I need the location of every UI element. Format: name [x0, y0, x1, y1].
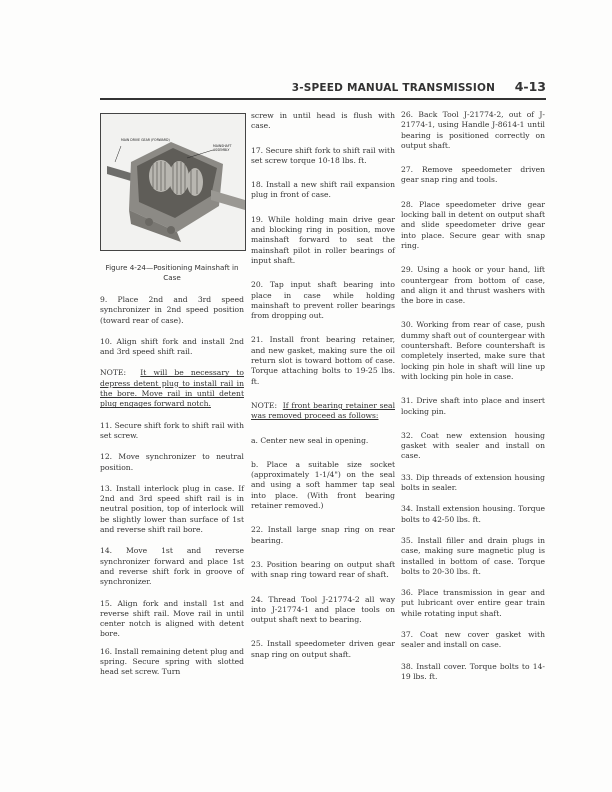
step-25: 25. Install speedometer driven gear snap… — [251, 639, 395, 660]
step-17: 17. Secure shift fork to shift rail with… — [251, 146, 395, 167]
step-32: 32. Coat new extension housing gasket wi… — [401, 431, 545, 462]
figure-transmission-photo: MAIN DRIVE GEAR (FORWARD) MAINSHAFT ASSE… — [100, 113, 246, 251]
section-title: 3-SPEED MANUAL TRANSMISSION — [292, 82, 495, 94]
callout-main-drive-gear: MAIN DRIVE GEAR (FORWARD) — [121, 138, 170, 142]
step-30: 30. Working from rear of case, push dumm… — [401, 320, 545, 382]
step-24: 24. Thread Tool J-21774-2 all way into J… — [251, 595, 395, 626]
step-19: 19. While holding main drive gear and bl… — [251, 215, 395, 266]
step-16: 16. Install remaining detent plug and sp… — [100, 647, 244, 678]
note-label: NOTE: — [251, 401, 277, 410]
step-9: 9. Place 2nd and 3rd speed synchronizer … — [100, 295, 244, 326]
column-3: 26. Back Tool J-21774-2, out of J-21774-… — [401, 110, 545, 693]
step-31: 31. Drive shaft into place and insert lo… — [401, 396, 545, 417]
step-13: 13. Install interlock plug in case. If 2… — [100, 484, 244, 535]
step-26: 26. Back Tool J-21774-2, out of J-21774-… — [401, 110, 545, 151]
step-15: 15. Align fork and install 1st and rever… — [100, 599, 244, 640]
substep-b: b. Place a suitable size socket (approxi… — [251, 460, 395, 511]
step-34: 34. Install extension housing. Torque bo… — [401, 504, 545, 525]
step-29: 29. Using a hook or your hand, lift coun… — [401, 265, 545, 306]
manual-page: 3-SPEED MANUAL TRANSMISSION 4-13 — [0, 0, 612, 792]
step-16-continued: screw in until head is flush with case. — [251, 111, 395, 132]
step-21: 21. Install front bearing retainer, and … — [251, 335, 395, 386]
note-detent-plug: NOTE: It will be necessary to depress de… — [100, 368, 244, 409]
step-23: 23. Position bearing on output shaft wit… — [251, 560, 395, 581]
step-35: 35. Install filler and drain plugs in ca… — [401, 536, 545, 577]
note-front-bearing-seal: NOTE: If front bearing retainer seal was… — [251, 401, 395, 422]
step-11: 11. Secure shift fork to shift rail with… — [100, 421, 244, 442]
step-36: 36. Place transmission in gear and put l… — [401, 588, 545, 619]
step-38: 38. Install cover. Torque bolts to 14-19… — [401, 662, 545, 683]
step-33: 33. Dip threads of extension housing bol… — [401, 473, 545, 494]
step-28: 28. Place speedometer drive gear locking… — [401, 200, 545, 251]
step-18: 18. Install a new shift rail expansion p… — [251, 180, 395, 201]
step-10: 10. Align shift fork and install 2nd and… — [100, 337, 244, 358]
step-27: 27. Remove speedometer driven gear snap … — [401, 165, 545, 186]
callout-mainshaft-assembly: MAINSHAFT ASSEMBLY — [213, 144, 241, 152]
step-22: 22. Install large snap ring on rear bear… — [251, 525, 395, 546]
substep-a: a. Center new seal in opening. — [251, 436, 395, 446]
page-header: 3-SPEED MANUAL TRANSMISSION 4-13 — [100, 76, 546, 100]
transmission-illustration — [101, 114, 245, 250]
page-number: 4-13 — [515, 79, 546, 94]
column-1: MAIN DRIVE GEAR (FORWARD) MAINSHAFT ASSE… — [100, 110, 244, 689]
column-2: screw in until head is flush with case. … — [251, 111, 395, 671]
figure-caption: Figure 4-24—Positioning Mainshaft in Cas… — [100, 263, 244, 283]
step-12: 12. Move synchronizer to neutral positio… — [100, 452, 244, 473]
step-14: 14. Move 1st and reverse synchronizer fo… — [100, 546, 244, 587]
step-20: 20. Tap input shaft bearing into place i… — [251, 280, 395, 321]
step-37: 37. Coat new cover gasket with sealer an… — [401, 630, 545, 651]
note-label: NOTE: — [100, 368, 126, 377]
